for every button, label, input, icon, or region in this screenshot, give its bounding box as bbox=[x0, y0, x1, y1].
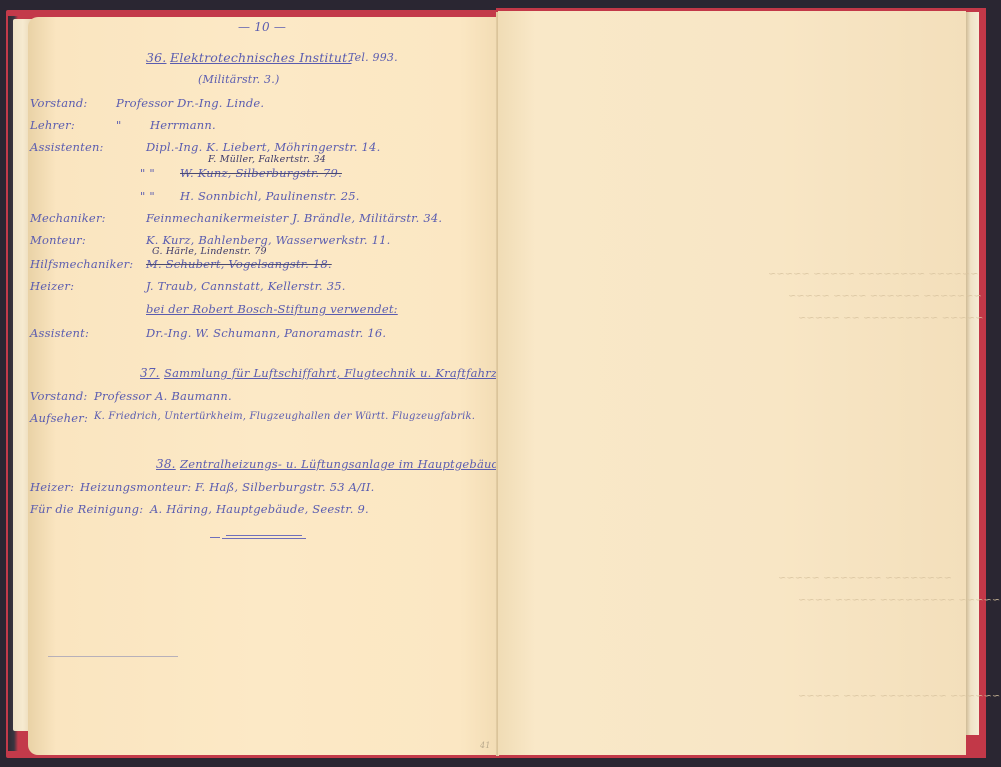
section-36-number: 36. bbox=[146, 50, 166, 65]
entry-value: H. Sonnbichl, Paulinenstr. 25. bbox=[180, 189, 360, 203]
closing-flourish-line bbox=[222, 538, 306, 539]
entry-value: Professor Dr.-Ing. Linde. bbox=[116, 96, 264, 110]
entry-label: Vorstand: bbox=[30, 389, 88, 403]
section-37-title: Sammlung für Luftschiffahrt, Flugtechnik… bbox=[164, 366, 530, 380]
show-through-text: ~~~~~~ ~~~~~~~~~ ~~~~~ ~~~~ bbox=[798, 595, 1001, 606]
page-number: — 10 — bbox=[238, 20, 286, 34]
section-36-title: Elektrotechnisches Institut. bbox=[170, 50, 352, 65]
entry-value: K. Kurz, Bahlenberg, Wasserwerkstr. 11. bbox=[146, 233, 391, 247]
flourish-dash bbox=[210, 537, 220, 538]
footer-mark: 41 bbox=[480, 741, 491, 750]
underlined-note: bei der Robert Bosch-Stiftung verwendet: bbox=[146, 302, 398, 316]
entry-label: Lehrer: bbox=[30, 118, 75, 132]
show-through-text: ~~~~~ ~~~~~~~~~ ~~ ~~~~~ bbox=[798, 313, 984, 324]
entry-value: K. Friedrich, Untertürkheim, Flugzeughal… bbox=[94, 411, 475, 422]
entry-value: Dr.-Ing. W. Schumann, Panoramastr. 16. bbox=[146, 326, 386, 340]
show-through-text: ~~~~~~~~ ~~~~~~~ ~~~~~ bbox=[778, 573, 952, 584]
closing-flourish-line bbox=[226, 535, 302, 536]
entry-label: Assistent: bbox=[30, 326, 89, 340]
show-through-text: ~~~~~~~ ~~~~~~ ~~~~ ~~~~~ bbox=[788, 291, 982, 302]
show-through-text: ~~~~~~ ~~~~~~~~ ~~~~ ~~~~~ bbox=[798, 691, 1000, 702]
left-page: — 10 — 36. Elektrotechnisches Institut. … bbox=[28, 17, 498, 755]
ditto-mark: " bbox=[116, 118, 122, 132]
section-38-number: 38. bbox=[156, 457, 176, 471]
ditto-mark: " " bbox=[140, 166, 155, 180]
entry-label: Monteur: bbox=[30, 233, 86, 247]
section-36-phone: Tel. 993. bbox=[348, 51, 398, 64]
entry-label: Assistenten: bbox=[30, 140, 104, 154]
entry-label: Vorstand: bbox=[30, 96, 88, 110]
struck-entry: M. Schubert, Vogelsangstr. 18. bbox=[146, 257, 332, 271]
inserted-entry: G. Härle, Lindenstr. 79 bbox=[152, 246, 267, 257]
inserted-entry: F. Müller, Falkertstr. 34 bbox=[208, 154, 326, 165]
entry-label: Hilfsmechaniker: bbox=[30, 257, 133, 271]
show-through-text: ~~~~~~ ~~~~~~~~ ~~~~~ ~~~~~ bbox=[768, 269, 979, 280]
entry-value: J. Traub, Cannstatt, Kellerstr. 35. bbox=[146, 279, 346, 293]
entry-label: Für die Reinigung: bbox=[30, 502, 143, 516]
entry-value: Professor A. Baumann. bbox=[94, 389, 232, 403]
entry-label: Heizer: bbox=[30, 279, 74, 293]
struck-entry: W. Kunz, Silberburgstr. 79. bbox=[180, 166, 342, 180]
right-page: ~~~~~~ ~~~~~~~~ ~~~~~ ~~~~~ ~~~~~~~ ~~~~… bbox=[498, 11, 966, 755]
entry-value: A. Häring, Hauptgebäude, Seestr. 9. bbox=[150, 502, 369, 516]
section-36-address: (Militärstr. 3.) bbox=[198, 73, 279, 86]
entry-label: Mechaniker: bbox=[30, 211, 106, 225]
section-38-title: Zentralheizungs- u. Lüftungsanlage im Ha… bbox=[180, 457, 510, 471]
pencil-line bbox=[48, 656, 178, 657]
section-37-number: 37. bbox=[140, 366, 160, 380]
ditto-mark: " " bbox=[140, 189, 155, 203]
entry-label: Aufseher: bbox=[30, 411, 88, 425]
entry-value: Feinmechanikermeister J. Brändle, Militä… bbox=[146, 211, 442, 225]
entry-value: Herrmann. bbox=[150, 118, 216, 132]
entry-value: Dipl.-Ing. K. Liebert, Möhringerstr. 14. bbox=[146, 140, 380, 154]
entry-label: Heizer: bbox=[30, 480, 74, 494]
entry-value: Heizungsmonteur: F. Haß, Silberburgstr. … bbox=[80, 480, 375, 494]
